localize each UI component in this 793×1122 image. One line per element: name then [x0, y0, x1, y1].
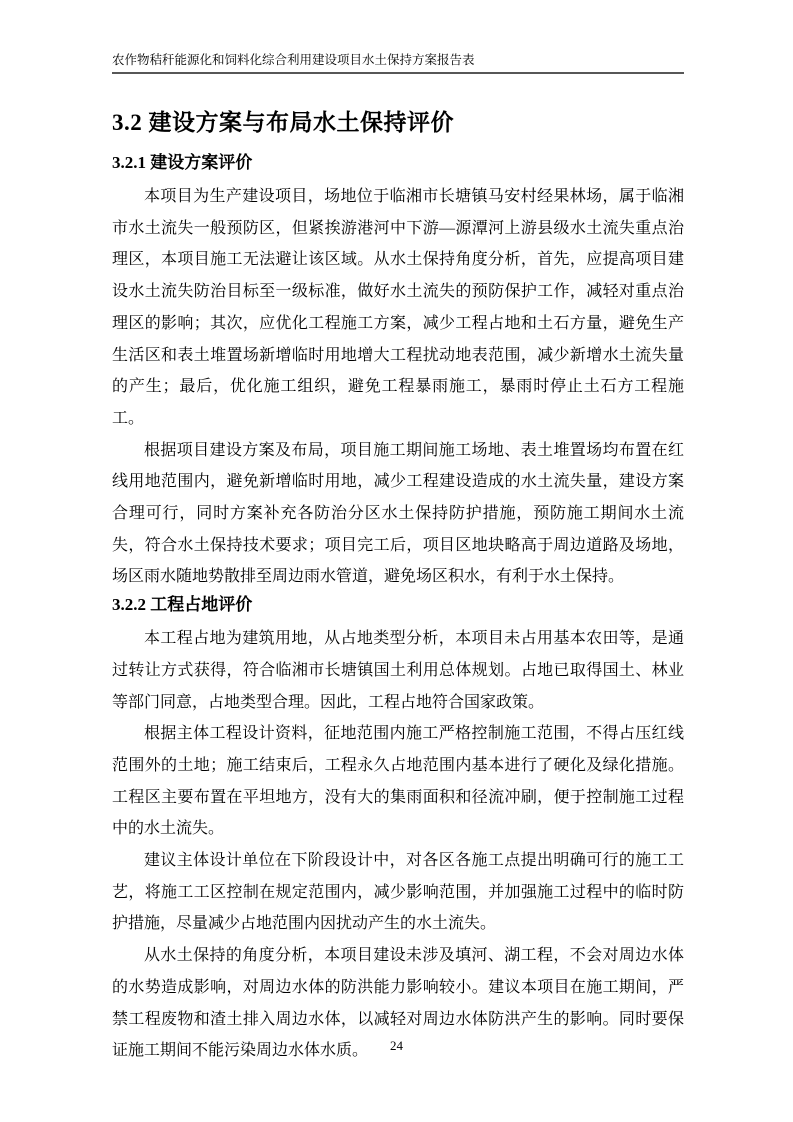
subsection-heading-3-2-2: 3.2.2 工程占地评价 — [112, 593, 684, 617]
paragraph: 根据主体工程设计资料，征地范围内施工严格控制施工范围，不得占压红线范围外的土地；… — [112, 718, 684, 845]
header-running-title: 农作物秸秆能源化和饲料化综合利用建设项目水土保持方案报告表 — [112, 53, 684, 74]
page-header: 农作物秸秆能源化和饲料化综合利用建设项目水土保持方案报告表 — [112, 0, 684, 74]
paragraph: 本项目为生产建设项目，场地位于临湘市长塘镇马安村经果林场，属于临湘市水土流失一般… — [112, 181, 684, 435]
paragraph: 本工程占地为建筑用地，从占地类型分析，本项目未占用基本农田等，是通过转让方式获得… — [112, 623, 684, 718]
paragraph: 根据项目建设方案及布局，项目施工期间施工场地、表土堆置场均布置在红线用地范围内，… — [112, 435, 684, 594]
document-body: 3.2 建设方案与布局水土保持评价 3.2.1 建设方案评价 本项目为生产建设项… — [112, 106, 684, 1067]
paragraph: 建议主体设计单位在下阶段设计中，对各区各施工点提出明确可行的施工工艺，将施工工区… — [112, 845, 684, 940]
chapter-title: 3.2 建设方案与布局水土保持评价 — [112, 106, 684, 140]
document-page: 农作物秸秆能源化和饲料化综合利用建设项目水土保持方案报告表 3.2 建设方案与布… — [0, 0, 793, 1122]
page-number: 24 — [390, 1038, 403, 1053]
page-footer: 24 — [0, 1038, 793, 1054]
subsection-heading-3-2-1: 3.2.1 建设方案评价 — [112, 151, 684, 175]
